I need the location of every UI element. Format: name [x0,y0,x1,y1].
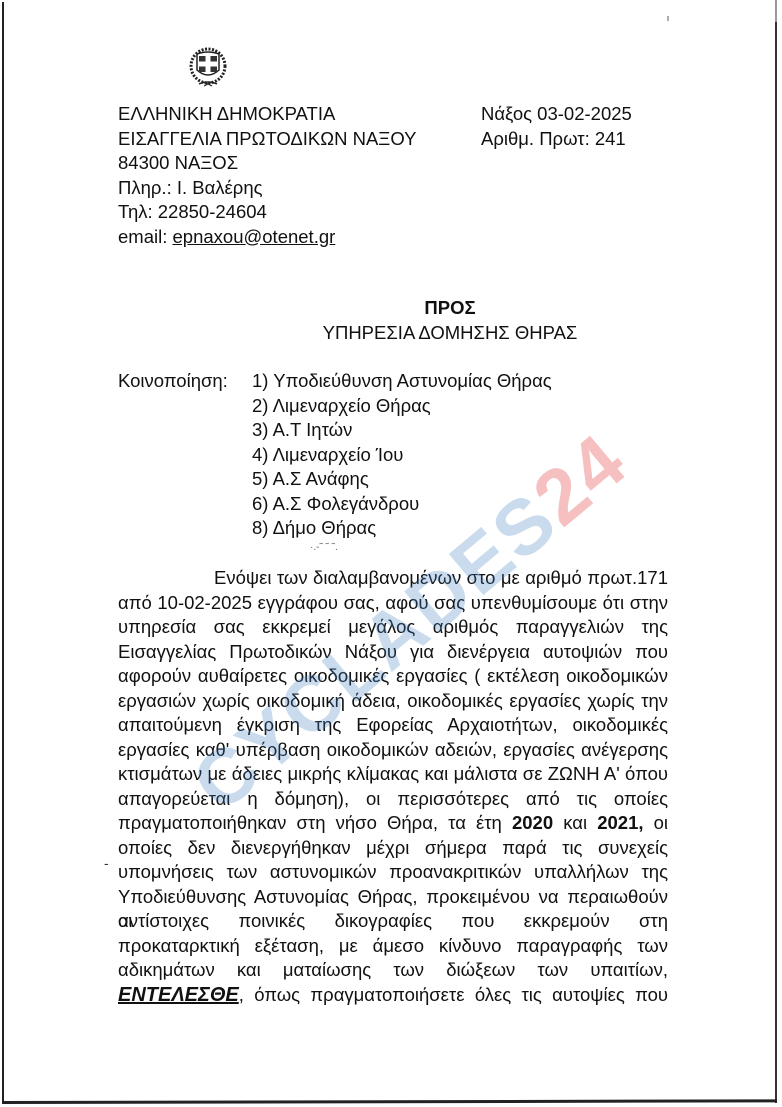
body-line: εργασιών χωρίς οικοδομική άδεια, οικοδομ… [118,689,668,714]
cc-item: 5) Α.Σ Ανάφης [252,467,369,492]
year-2021: 2021, [597,812,643,833]
body-line: εργασίες καθ' υπέρβαση οικοδομικών αδειώ… [118,738,668,763]
body-line: αντίστοιχες ποινικές δικογραφίες που εκκ… [118,909,668,934]
scan-page-edge-left [2,2,4,1103]
body-line: οποίες δεν διενεργήθηκαν μέχρι σήμερα πα… [118,836,668,861]
sender-phone: Τηλ: 22850-24604 [118,200,416,225]
date-protocol-block: Νάξος 03-02-2025 Αριθμ. Πρωτ: 241 [481,102,632,151]
margin-mark: - [104,855,109,871]
sender-email-row: email: epnaxou@otenet.gr [118,225,416,250]
body-line: υπομνήσεις των αστυνομικών προανακριτικώ… [118,860,668,885]
greek-coat-of-arms-icon [187,46,229,90]
corner-mark: ι [667,13,669,23]
cc-item: 4) Λιμεναρχείο Ίου [252,443,403,468]
body-line: Υποδιεύθυνσης Αστυνομίας Θήρας, προκειμέ… [118,885,668,910]
recipient-block: ΠΡΟΣ ΥΠΗΡΕΣΙΑ ΔΟΜΗΣΗΣ ΘΗΡΑΣ [0,296,782,345]
to-recipient: ΥΠΗΡΕΣΙΑ ΔΟΜΗΣΗΣ ΘΗΡΑΣ [0,321,782,346]
cc-item: 6) Α.Σ Φολεγάνδρου [252,492,419,517]
body-line: υπηρεσία σας εκκρεμεί μεγάλος αριθμός πα… [118,615,668,640]
cc-item: 2) Λιμεναρχείο Θήρας [252,394,431,419]
sender-office: ΕΙΣΑΓΓΕΛΙΑ ΠΡΩΤΟΔΙΚΩΝ ΝΑΞΟΥ [118,127,416,152]
body-line: κτισμάτων με άδειες μικρής κλίμακας και … [118,762,668,787]
body-line: προκαταρκτική εξέταση, με άμεσο κίνδυνο … [118,934,668,959]
sender-contact-person: Πληρ.: Ι. Βαλέρης [118,176,416,201]
body-line: απαιτούμενη έγκριση της Εφορείας Αρχαιοτ… [118,713,668,738]
cc-item: 1) Υποδιεύθυνση Αστυνομίας Θήρας [252,369,552,394]
body-line: απαγορεύεται η δόμηση), οι περισσότερες … [118,787,668,812]
email-label: email: [118,226,167,247]
cc-item: 3) Α.Τ Ιητών [252,418,352,443]
sender-address: 84300 ΝΑΞΟΣ [118,151,416,176]
body-line: Ενόψει των διαλαμβανομένων στο με αριθμό… [118,566,668,591]
place-date: Νάξος 03-02-2025 [481,102,632,127]
email-link[interactable]: epnaxou@otenet.gr [173,226,336,247]
emphasis-order-word: ΕΝΤΕΛΕΣΘΕ [118,984,239,1006]
scan-page-edge-right [775,0,777,1103]
body-line-years: πραγματοποιήθηκαν στη νήσο Θήρα, τα έτη … [118,811,668,836]
body-line-order: ΕΝΤΕΛΕΣΘΕ, όπως πραγματοποιήσετε όλες τι… [118,983,668,1008]
scan-noise: ·.-˜ ˜ ˜. [310,542,338,553]
protocol-number: Αριθμ. Πρωτ: 241 [481,127,632,152]
body-line: Εισαγγελίας Πρωτοδικών Νάξου για διενέργ… [118,640,668,665]
cc-label: Κοινοποίηση: [118,369,252,394]
scan-page-edge-bottom [2,1099,777,1104]
body-line: αδικημάτων και ματαίωσης των διώξεων των… [118,958,668,983]
body-paragraph: Ενόψει των διαλαμβανομένων στο με αριθμό… [118,566,668,1007]
cc-item: 8) Δήμο Θήρας [252,516,376,541]
to-label: ΠΡΟΣ [0,296,782,321]
body-line: από 10-02-2025 εγγράφου σας, αφού σας υπ… [118,591,668,616]
sender-country: ΕΛΛΗΝΙΚΗ ΔΗΜΟΚΡΑΤΙΑ [118,102,416,127]
cc-block: Κοινοποίηση:1) Υποδιεύθυνση Αστυνομίας Θ… [118,369,552,541]
sender-block: ΕΛΛΗΝΙΚΗ ΔΗΜΟΚΡΑΤΙΑ ΕΙΣΑΓΓΕΛΙΑ ΠΡΩΤΟΔΙΚΩ… [118,102,416,249]
body-line: αφορούν αυθαίρετες οικοδομικές εργασίες … [118,664,668,689]
year-2020: 2020 [512,812,553,833]
